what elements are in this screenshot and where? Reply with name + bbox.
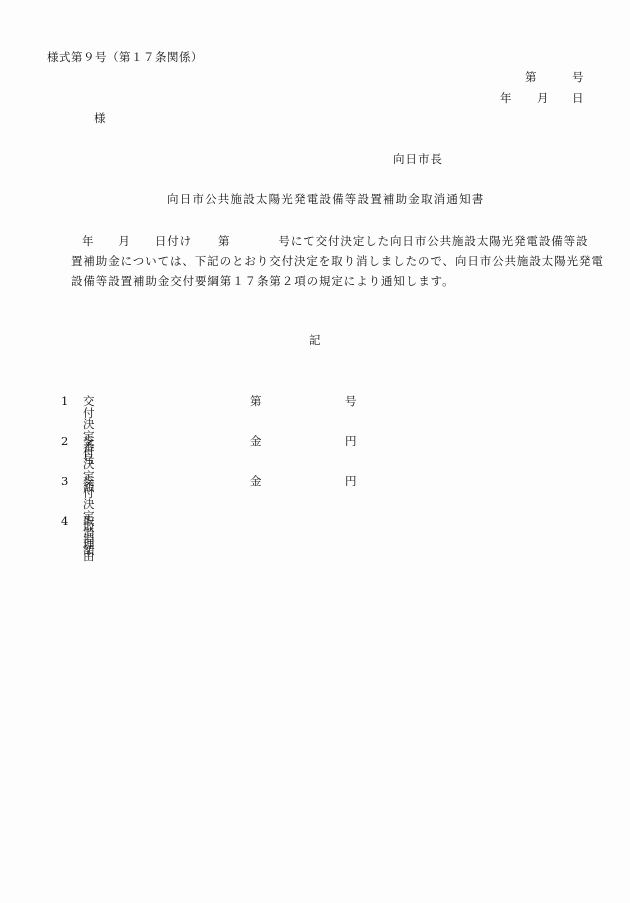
item-number: 4 [61,516,68,528]
item-number: 2 [61,436,68,448]
body-paragraph-line-3: 設備等設置補助金交付要綱第１７条第２項の規定により通知します。 [71,276,454,288]
body-line-1-rest: 号にて交付決定した向日市公共施設太陽光発電設備等設 [278,234,588,248]
item-suffix: 円 [345,476,357,488]
item-prefix: 第 [250,396,262,408]
item-prefix: 金 [250,436,262,448]
item-prefix: 金 [250,476,262,488]
item-number: 3 [61,476,68,488]
item-label: 取消理由 [83,516,95,562]
item-suffix: 円 [345,436,357,448]
body-paragraph-line-2: 置補助金については、下記のとおり交付決定を取り消しましたので、向日市公共施設太陽… [71,256,604,268]
date-year-label: 年 [500,93,512,105]
form-label: 様式第９号（第１７条関係） [47,52,203,64]
doc-number-suffix: 号 [572,72,584,84]
body-dated-label: 日付け [155,234,192,248]
document-title: 向日市公共施設太陽光発電設備等設置補助金取消通知書 [167,194,485,206]
body-month-label: 月 [118,234,130,248]
body-dai-label: 第 [218,234,230,248]
body-paragraph-line-1: 年月日付け第号にて交付決定した向日市公共施設太陽光発電設備等設 [82,236,588,248]
issuer-name: 向日市長 [393,154,443,166]
body-year-label: 年 [82,234,94,248]
doc-number-prefix: 第 [525,72,537,84]
item-number: 1 [61,396,68,408]
date-month-label: 月 [537,93,549,105]
item-suffix: 号 [345,396,357,408]
date-day-label: 日 [572,93,584,105]
ki-heading: 記 [309,335,321,347]
addressee-suffix: 様 [94,113,106,125]
